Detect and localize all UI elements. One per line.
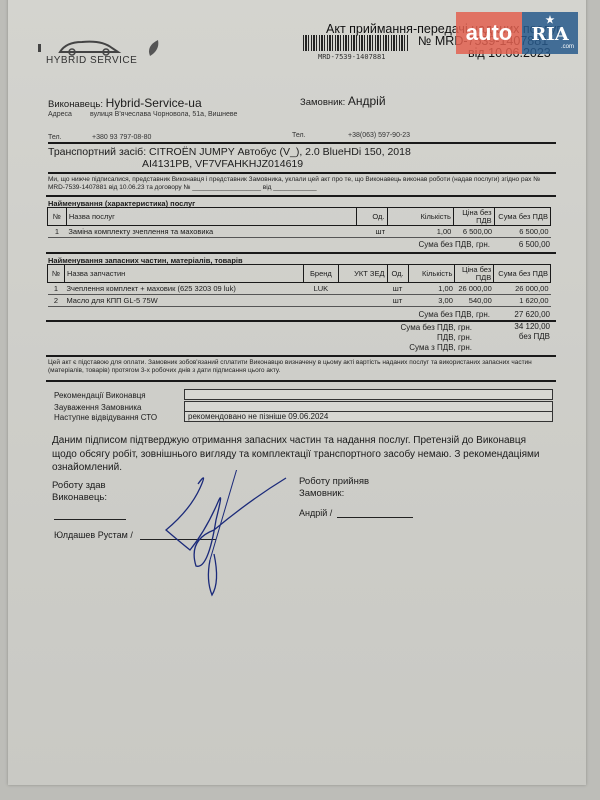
customer-phone-label: Тел. xyxy=(292,132,306,139)
intro-text: Ми, що нижче підписалися, представник Ви… xyxy=(48,176,548,193)
watermark-ria: ★ RIA .com xyxy=(522,12,578,54)
address-label: Адреса xyxy=(48,111,72,118)
vat-label: ПДВ, грн. xyxy=(322,333,472,342)
customer-signer-name: Андрій / xyxy=(299,508,332,518)
divider xyxy=(46,355,556,357)
services-table: № Назва послуг Од. Кількість Ціна без ПД… xyxy=(47,207,551,238)
divider xyxy=(46,320,556,322)
divider xyxy=(46,380,556,382)
recommendations-label: Рекомендації Виконавця xyxy=(54,391,146,400)
recommendations-field xyxy=(184,389,553,400)
table-row: 1Зчеплення комплект + маховик (625 3203 … xyxy=(48,283,551,295)
table-row: 2Масло для КПП GL-5 75Wшт3,00540,001 620… xyxy=(48,295,551,307)
customer: Замовник: Андрій xyxy=(300,94,386,108)
parts-table: № Назва запчастин Бренд УКТ ЗЕД Од. Кіль… xyxy=(47,264,551,307)
services-total-value: 6 500,00 xyxy=(490,240,550,249)
contractor-signature-line[interactable] xyxy=(54,519,126,520)
vat-value: без ПДВ xyxy=(490,332,550,341)
contractor: Виконавець: Hybrid-Service-ua xyxy=(48,96,202,110)
contractor-name: Hybrid-Service-ua xyxy=(106,96,202,110)
handed-over-block: Роботу здав Виконавець: xyxy=(52,480,107,505)
divider xyxy=(48,172,556,174)
next-visit-label: Наступне відвідування СТО xyxy=(54,413,157,422)
watermark-auto: auto xyxy=(456,12,522,54)
divider xyxy=(46,252,556,254)
barcode-number: MRD-7539-1407881 xyxy=(318,53,385,61)
vehicle-plate-vin: AI4131PB, VF7VFAHKHJZ014619 xyxy=(142,158,303,170)
services-total-label: Сума без ПДВ, грн. xyxy=(340,240,490,249)
divider xyxy=(48,142,556,144)
logo-text: HYBRID SERVICE xyxy=(46,55,137,66)
contractor-phone-label: Тел. xyxy=(48,134,62,141)
accepted-block: Роботу прийняв Замовник: xyxy=(299,476,369,501)
customer-name: Андрій xyxy=(348,94,386,108)
contractor-signer-name: Юлдашев Рустам / xyxy=(54,530,133,540)
autoria-watermark: auto ★ RIA .com xyxy=(456,12,584,54)
customer-phone: +38(063) 597-90-23 xyxy=(348,132,410,139)
sum-with-vat-label: Сума з ПДВ, грн. xyxy=(322,343,472,352)
confirmation-text: Даним підписом підтверджую отримання зап… xyxy=(52,434,552,475)
hybrid-service-logo: HYBRID SERVICE xyxy=(32,38,162,68)
customer-signature-line[interactable] xyxy=(337,517,413,518)
parts-total-label: Сума без ПДВ, грн. xyxy=(340,310,490,319)
barcode xyxy=(303,35,409,51)
handwritten-signature xyxy=(150,470,290,605)
grand-sum-no-vat-value: 34 120,00 xyxy=(490,322,550,331)
next-visit-field: рекомендовано не пізніше 09.06.2024 xyxy=(184,411,553,422)
vehicle-model: CITROËN JUMPY Автобус (V_), 2.0 BlueHDi … xyxy=(149,146,411,158)
vehicle: Транспортний засіб: CITROËN JUMPY Автобу… xyxy=(48,146,411,158)
customer-notes-label: Зауваження Замовника xyxy=(54,403,141,412)
divider xyxy=(46,195,556,197)
contractor-phone: +380 93 797-08-80 xyxy=(92,134,151,141)
parts-total-value: 27 620,00 xyxy=(490,310,550,319)
payment-terms: Цей акт є підставою для оплати. Замовник… xyxy=(48,359,548,376)
grand-sum-no-vat-label: Сума без ПДВ, грн. xyxy=(322,323,472,332)
address-value: вулиця В'ячеслава Чорновола, 51а, Вишнев… xyxy=(90,111,237,118)
table-row: 1Заміна комплекту зчеплення та маховикаш… xyxy=(48,226,551,238)
